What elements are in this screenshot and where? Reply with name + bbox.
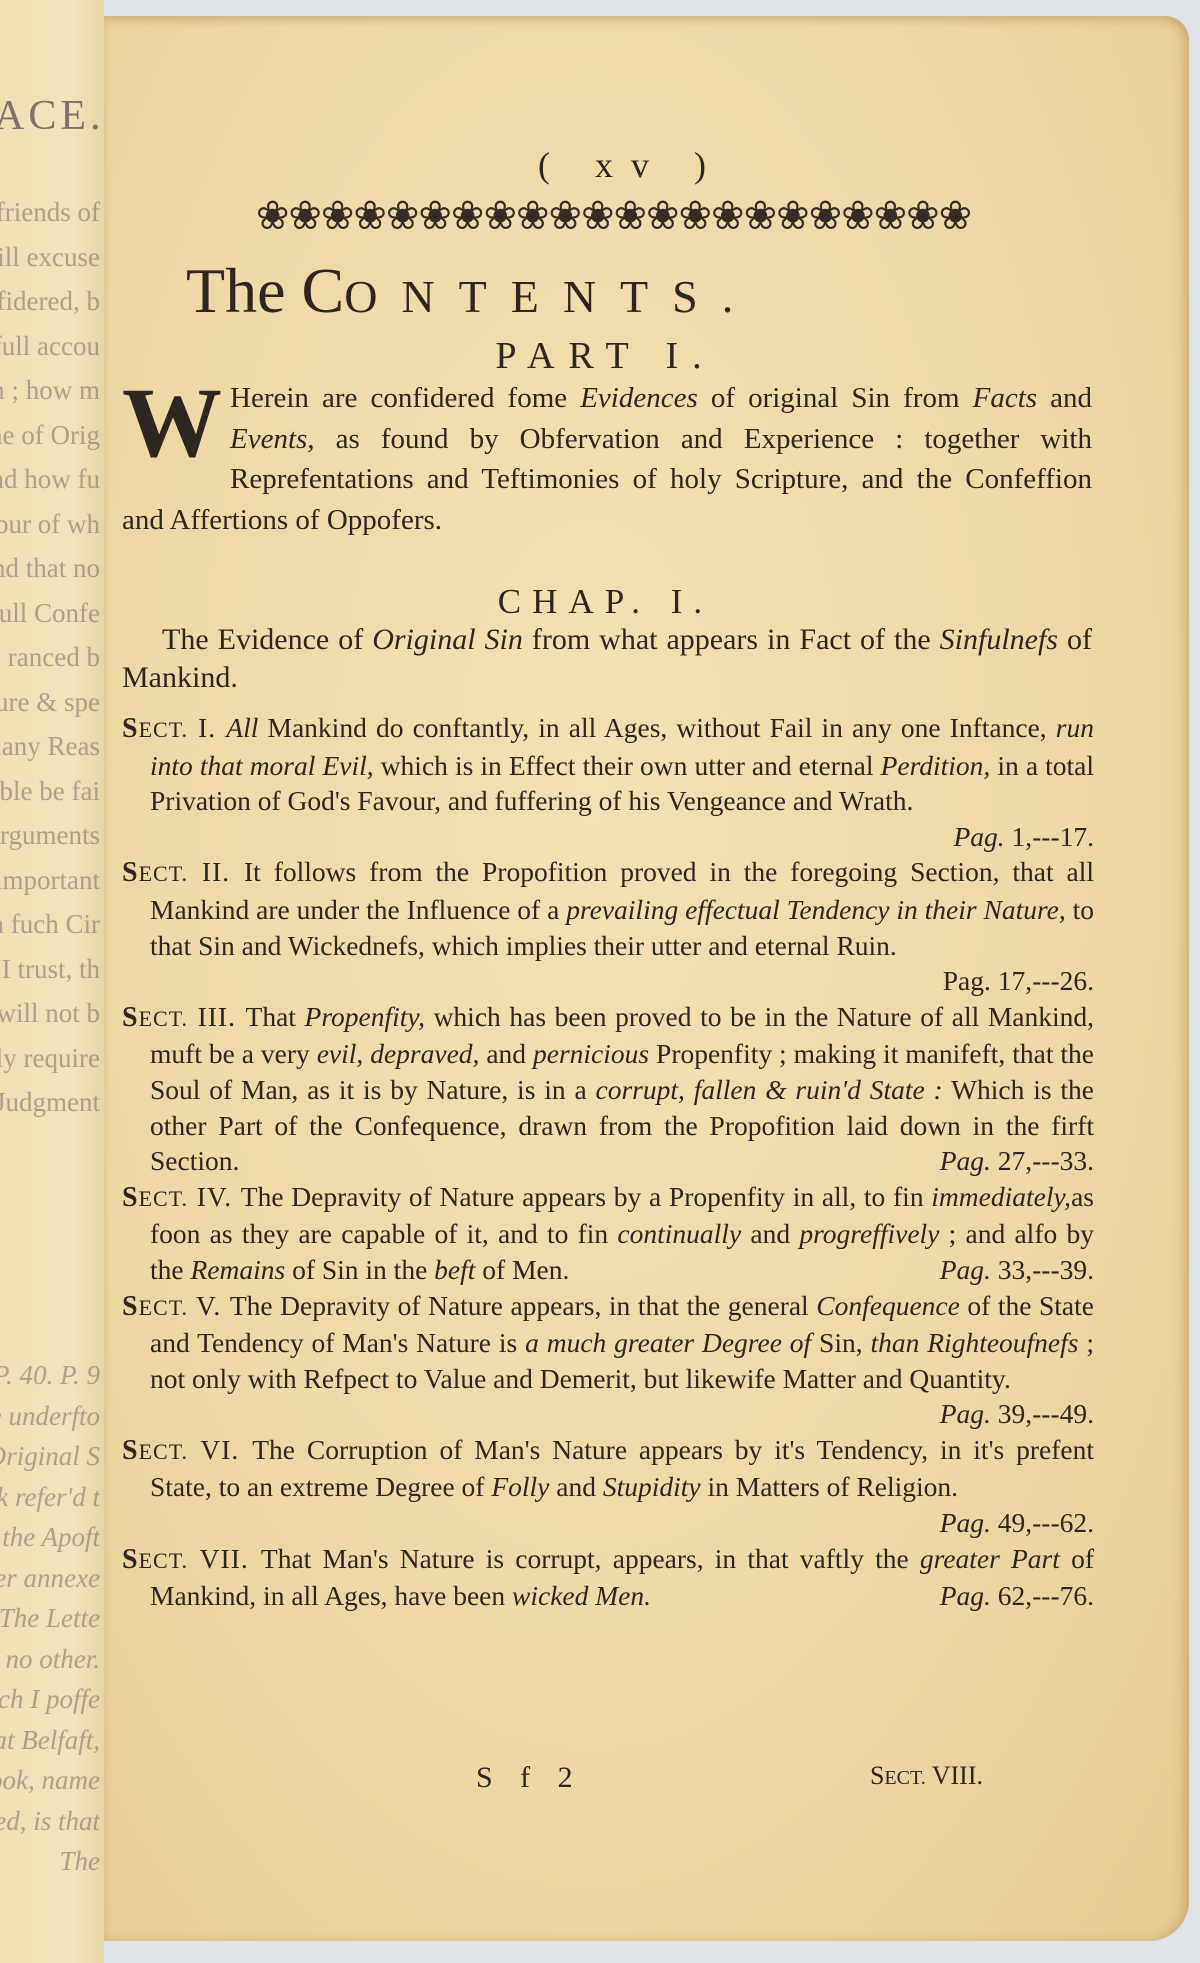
- part-summary-text: Herein are confidered fome Evidences of …: [122, 382, 1092, 536]
- ghost-line: confidered, b: [0, 279, 100, 324]
- previous-page-text-lower: P. 40. P. 9be underftof Original Sk refe…: [0, 1355, 100, 1882]
- part-summary: W Herein are confidered fome Evidences o…: [122, 378, 1092, 540]
- title-initial: C: [302, 255, 345, 326]
- ghost-line: fhable be fai: [0, 769, 100, 814]
- ghost-line: P. 40. P. 9: [0, 1355, 100, 1396]
- ghost-line: hich I poffe: [0, 1679, 100, 1720]
- section-entry: SECT. II. It follows from the Propofitio…: [122, 854, 1094, 998]
- section-label: SECT. V.: [122, 1290, 230, 1321]
- ghost-line: d no other.: [0, 1639, 100, 1680]
- ghost-line: The Lette: [0, 1598, 100, 1639]
- ghost-line: Book, name: [0, 1760, 100, 1801]
- drop-cap: W: [122, 384, 222, 462]
- ghost-line: ber annexe: [0, 1558, 100, 1599]
- section-label: SECT. III.: [122, 1001, 246, 1032]
- signature-mark: S f 2: [476, 1761, 583, 1795]
- ghost-line: will not b: [0, 991, 100, 1036]
- ghost-line: will excuse: [0, 235, 100, 280]
- ghost-line: ure & spe: [0, 680, 100, 725]
- ghost-line: The: [0, 1841, 100, 1882]
- ghost-line: trine of Orig: [0, 413, 100, 458]
- ghost-line: a important: [0, 858, 100, 903]
- section-label: SECT. VII.: [122, 1543, 261, 1574]
- ghost-line: the Apoft: [0, 1517, 100, 1558]
- section-entry: SECT. V. The Depravity of Nature appears…: [122, 1288, 1094, 1432]
- ghost-line: full Confe: [0, 591, 100, 636]
- page-range: Pag. 62,---76.: [940, 1580, 1094, 1611]
- page-range: Pag. 39,---49.: [940, 1398, 1094, 1429]
- ghost-line: Judgment: [0, 1080, 100, 1125]
- page-number: ( xv ): [538, 144, 724, 186]
- page-range: Pag. 1,---17.: [953, 821, 1094, 852]
- ghost-line: d at Belfaft,: [0, 1720, 100, 1761]
- part-heading: PART I.: [118, 334, 1093, 378]
- ghost-line: f Original S: [0, 1436, 100, 1477]
- page-range: Pag. 33,---39.: [940, 1254, 1094, 1285]
- ghost-line: tre friends of: [0, 190, 100, 235]
- ghost-line: many Reas: [0, 724, 100, 769]
- section-entry: SECT. IV. The Depravity of Nature appear…: [122, 1179, 1094, 1288]
- ghost-line: m ; how m: [0, 368, 100, 413]
- section-label: SECT. II.: [122, 856, 244, 887]
- chapter-heading: CHAP. I.: [118, 582, 1093, 622]
- previous-page-text-upper: tre friends ofwill excuseconfidered, bhe…: [0, 190, 100, 1125]
- ghost-line: and that no: [0, 546, 100, 591]
- section-entry: SECT. I. All Mankind do conftantly, in a…: [122, 710, 1094, 854]
- ghost-line: he full accou: [0, 324, 100, 369]
- previous-page-edge: ACE. tre friends ofwill excuseconfidered…: [0, 0, 104, 1963]
- section-entry: SECT. VII. That Man's Nature is corrupt,…: [122, 1541, 1094, 1614]
- section-entry: SECT. III. That Propenfity, which has be…: [122, 999, 1094, 1179]
- section-label: SECT. I.: [122, 712, 226, 743]
- ghost-line: k refer'd t: [0, 1477, 100, 1518]
- ghost-line: when fuch Cir: [0, 902, 100, 947]
- title-rest: ONTENTS.: [344, 271, 757, 322]
- previous-page-running-head: ACE.: [0, 92, 104, 140]
- flower-ornament-band: ❀❀❀❀❀❀❀❀❀❀❀❀❀❀❀❀❀❀❀❀❀❀: [136, 192, 1091, 239]
- ghost-line: ranced b: [0, 635, 100, 680]
- section-label: SECT. IV.: [122, 1181, 241, 1212]
- section-list: SECT. I. All Mankind do conftantly, in a…: [122, 710, 1094, 1614]
- ghost-line: Arguments: [0, 813, 100, 858]
- page-range: Pag. 27,---33.: [940, 1145, 1094, 1176]
- ghost-line: I trust, th: [0, 947, 100, 992]
- catchword: SECT. VIII.: [870, 1761, 983, 1791]
- section-entry: SECT. VI. The Corruption of Man's Nature…: [122, 1432, 1094, 1541]
- page-range: Pag. 49,---62.: [940, 1507, 1094, 1538]
- ghost-line: be underfto: [0, 1396, 100, 1437]
- page-title: The CONTENTS.: [186, 254, 1086, 328]
- section-label: SECT. VI.: [122, 1434, 252, 1465]
- ghost-line: vour of wh: [0, 502, 100, 547]
- page-range: Pag. 17,---26.: [150, 963, 1094, 999]
- ghost-line: ually require: [0, 1036, 100, 1081]
- ghost-line: and how fu: [0, 457, 100, 502]
- ghost-line: ufed, is that: [0, 1801, 100, 1842]
- contents-page: ( xv ) ❀❀❀❀❀❀❀❀❀❀❀❀❀❀❀❀❀❀❀❀❀❀ The CONTEN…: [104, 16, 1189, 1941]
- title-the: The: [186, 255, 286, 326]
- chapter-description: The Evidence of Original Sin from what a…: [122, 621, 1092, 697]
